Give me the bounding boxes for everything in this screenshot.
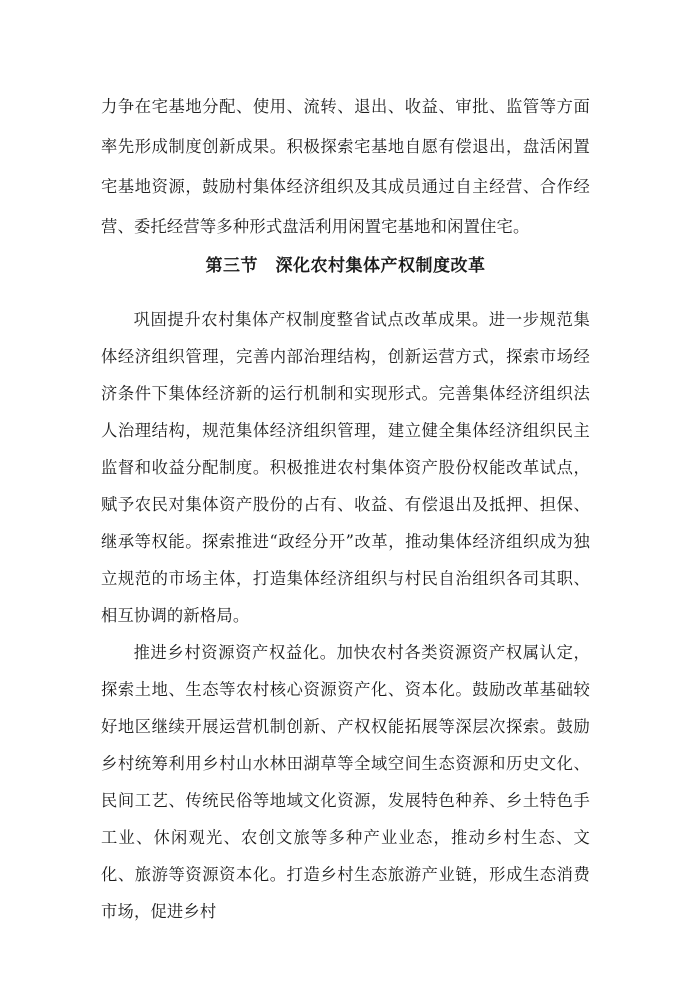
paragraph-continuation: 力争在宅基地分配、使用、流转、退出、收益、审批、监管等方面率先形成制度创新成果。… xyxy=(101,87,590,247)
paragraph-2: 巩固提升农村集体产权制度整省试点改革成果。进一步规范集体经济组织管理，完善内部治… xyxy=(101,301,590,634)
section-heading: 第三节 深化农村集体产权制度改革 xyxy=(101,247,590,285)
document-page: 力争在宅基地分配、使用、流转、退出、收益、审批、监管等方面率先形成制度创新成果。… xyxy=(0,0,700,990)
paragraph-3: 推进乡村资源资产权益化。加快农村各类资源资产权属认定，探索土地、生态等农村核心资… xyxy=(101,634,590,930)
page-content: 力争在宅基地分配、使用、流转、退出、收益、审批、监管等方面率先形成制度创新成果。… xyxy=(101,87,590,930)
